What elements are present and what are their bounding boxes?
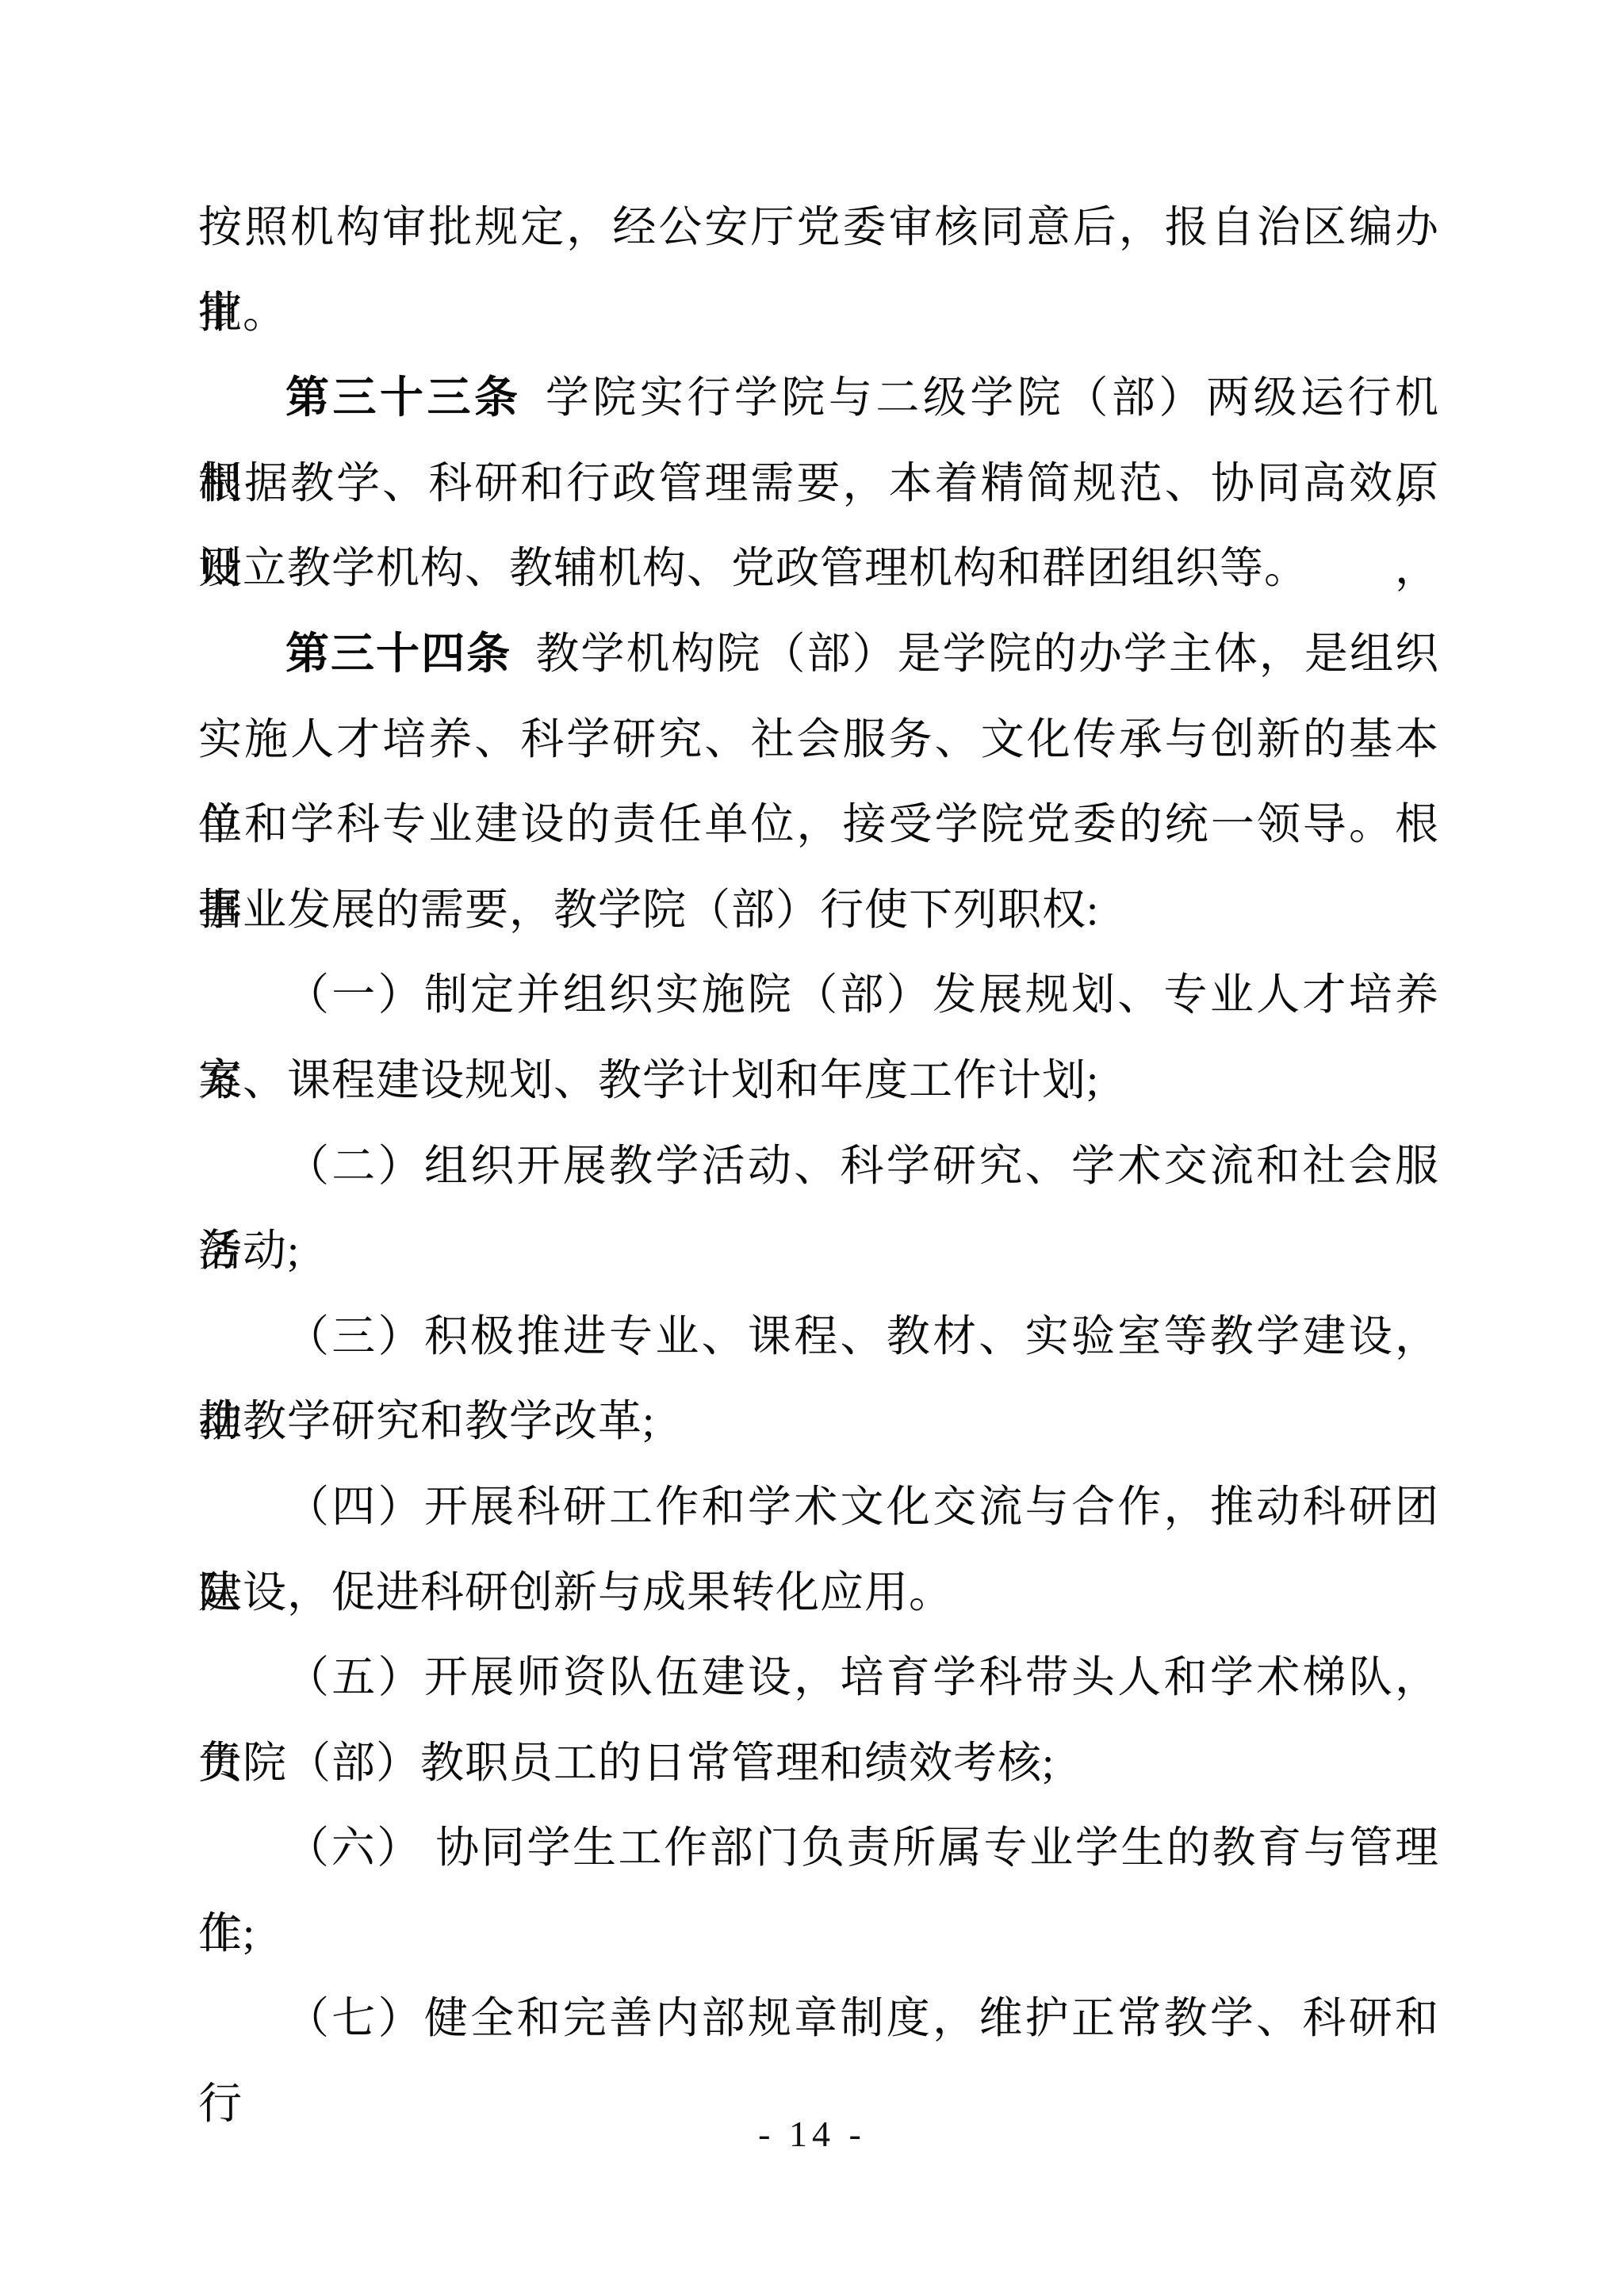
text-line: 实施人才培养、科学研究、社会服务、文化传承与创新的基本单: [198, 697, 1439, 783]
text-line: 批。: [198, 270, 1439, 356]
text-line: 根据教学、科研和行政管理需要，本着精简规范、协同高效原则，: [198, 441, 1439, 526]
text-line-item-3: （三）积极推进专业、课程、教材、实验室等教学建设，推: [198, 1294, 1439, 1380]
text-line: 设立教学机构、教辅机构、党政管理机构和群团组织等。: [198, 526, 1439, 611]
page-number: - 14 -: [0, 2110, 1624, 2158]
text-line-article-34: 第三十四条教学机构院（部）是学院的办学主体，是组织: [198, 611, 1439, 697]
text-line: 建设，促进科研创新与成果转化应用。: [198, 1550, 1439, 1636]
text-line: 按照机构审批规定，经公安厅党委审核同意后，报自治区编办审: [198, 185, 1439, 270]
text-line: 作;: [198, 1891, 1439, 1976]
text-line-item-4: （四）开展科研工作和学术文化交流与合作，推动科研团队: [198, 1464, 1439, 1550]
text-line-item-6: （六） 协同学生工作部门负责所属专业学生的教育与管理工: [198, 1805, 1439, 1891]
text-line: 位和学科专业建设的责任单位，接受学院党委的统一领导。根据: [198, 782, 1439, 867]
text-line-item-5: （五）开展师资队伍建设，培育学科带头人和学术梯队，负: [198, 1635, 1439, 1720]
text-line-item-1: （一）制定并组织实施院（部）发展规划、专业人才培养方: [198, 952, 1439, 1038]
text-line: 活动;: [198, 1208, 1439, 1294]
text-line: 事业发展的需要，教学院（部）行使下列职权:: [198, 867, 1439, 953]
document-text-block: 按照机构审批规定，经公安厅党委审核同意后，报自治区编办审 批。 第三十三条学院实…: [198, 185, 1439, 2061]
article-text: 教学机构院（部）是学院的办学主体，是组织: [535, 629, 1439, 678]
document-page: 按照机构审批规定，经公安厅党委审核同意后，报自治区编办审 批。 第三十三条学院实…: [0, 0, 1624, 2296]
text-line-article-33: 第三十三条学院实行学院与二级学院（部）两级运行机制，: [198, 355, 1439, 441]
text-line: 案、课程建设规划、教学计划和年度工作计划;: [198, 1038, 1439, 1123]
text-line-item-2: （二）组织开展教学活动、科学研究、学术交流和社会服务: [198, 1123, 1439, 1209]
text-line: 动教学研究和教学改革;: [198, 1379, 1439, 1464]
text-line-item-7: （七）健全和完善内部规章制度，维护正常教学、科研和行: [198, 1976, 1439, 2061]
article-number: 第三十四条: [285, 629, 511, 678]
text-line: 责院（部）教职员工的日常管理和绩效考核;: [198, 1720, 1439, 1806]
article-number: 第三十三条: [285, 373, 522, 422]
